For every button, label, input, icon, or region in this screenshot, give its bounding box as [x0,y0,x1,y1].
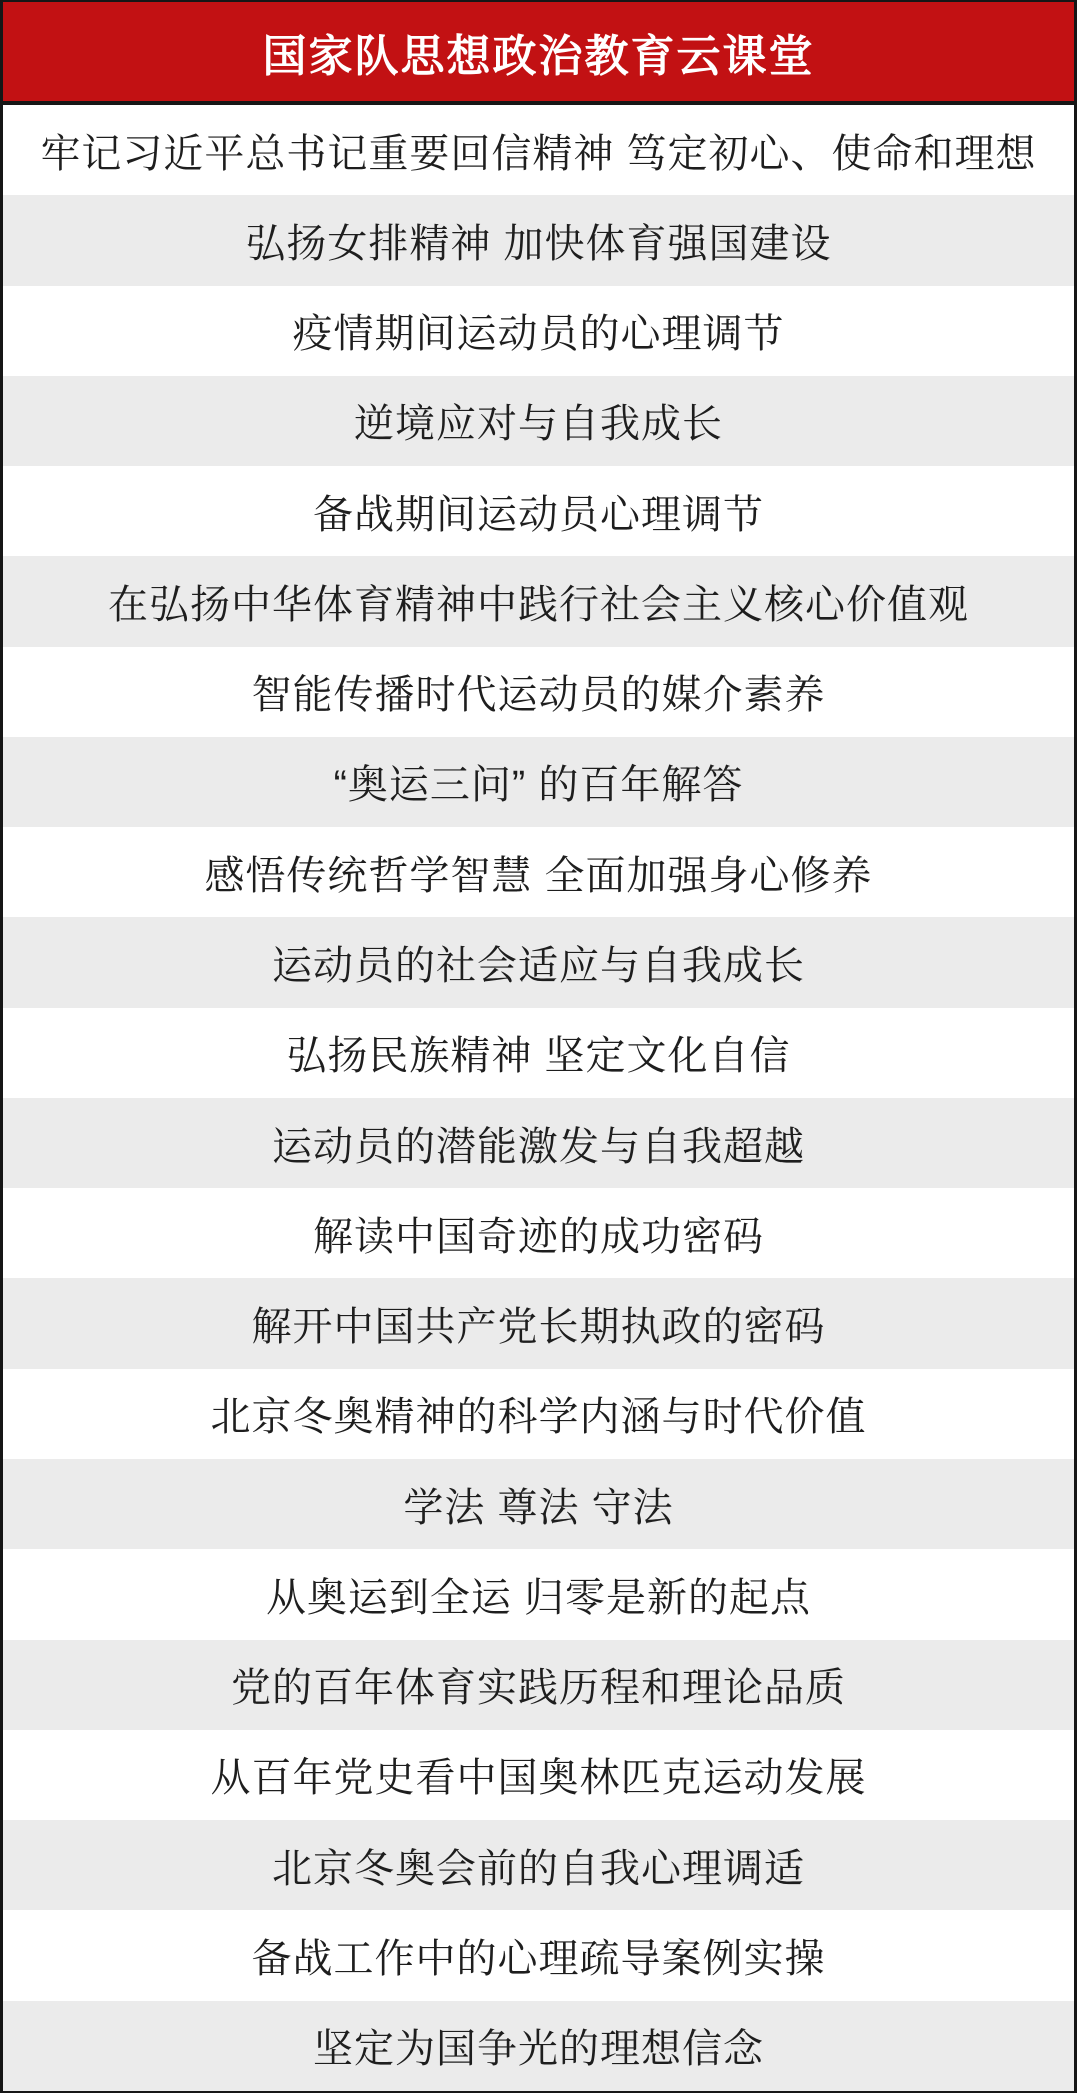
course-row: 党的百年体育实践历程和理论品质 [3,1640,1074,1730]
course-title: “奥运三问” 的百年解答 [334,753,744,810]
course-title: 感悟传统哲学智慧 全面加强身心修养 [204,844,872,901]
course-row: 从百年党史看中国奥林匹克运动发展 [3,1730,1074,1820]
course-row: 备战工作中的心理疏导案例实操 [3,1910,1074,2000]
course-row: 在弘扬中华体育精神中践行社会主义核心价值观 [3,556,1074,646]
course-row: 解读中国奇迹的成功密码 [3,1188,1074,1278]
course-row: 解开中国共产党长期执政的密码 [3,1278,1074,1368]
course-row: 智能传播时代运动员的媒介素养 [3,647,1074,737]
course-row: 学法 尊法 守法 [3,1459,1074,1549]
course-title: 解读中国奇迹的成功密码 [313,1205,764,1262]
course-title: 备战工作中的心理疏导案例实操 [252,1927,826,1984]
course-title: 智能传播时代运动员的媒介素养 [252,663,826,720]
course-list: 牢记习近平总书记重要回信精神 笃定初心、使命和理想 弘扬女排精神 加快体育强国建… [3,105,1074,2091]
course-title: 弘扬民族精神 坚定文化自信 [286,1024,790,1081]
course-row: 运动员的潜能激发与自我超越 [3,1098,1074,1188]
course-table: 国家队思想政治教育云课堂 牢记习近平总书记重要回信精神 笃定初心、使命和理想 弘… [0,0,1077,2093]
course-title: 弘扬女排精神 加快体育强国建设 [245,212,831,269]
course-row: 坚定为国争光的理想信念 [3,2001,1074,2091]
course-title: 北京冬奥会前的自我心理调适 [272,1837,805,1894]
course-title: 解开中国共产党长期执政的密码 [252,1295,826,1352]
course-row: 备战期间运动员心理调节 [3,466,1074,556]
course-title: 运动员的潜能激发与自我超越 [272,1115,805,1172]
course-row: 逆境应对与自我成长 [3,376,1074,466]
course-title: 运动员的社会适应与自我成长 [272,934,805,991]
course-title: 学法 尊法 守法 [403,1476,673,1533]
course-title: 北京冬奥精神的科学内涵与时代价值 [211,1385,867,1442]
course-row: 北京冬奥精神的科学内涵与时代价值 [3,1369,1074,1459]
course-row: 弘扬女排精神 加快体育强国建设 [3,195,1074,285]
course-row: 北京冬奥会前的自我心理调适 [3,1820,1074,1910]
course-row: 弘扬民族精神 坚定文化自信 [3,1008,1074,1098]
course-title: 在弘扬中华体育精神中践行社会主义核心价值观 [108,573,969,630]
course-title: 逆境应对与自我成长 [354,392,723,449]
course-row: “奥运三问” 的百年解答 [3,737,1074,827]
course-title: 从奥运到全运 归零是新的起点 [266,1566,811,1623]
course-title: 牢记习近平总书记重要回信精神 笃定初心、使命和理想 [40,122,1036,179]
course-title: 疫情期间运动员的心理调节 [293,302,785,359]
course-title: 备战期间运动员心理调节 [313,483,764,540]
course-row: 感悟传统哲学智慧 全面加强身心修养 [3,827,1074,917]
table-title: 国家队思想政治教育云课堂 [263,20,815,84]
course-row: 从奥运到全运 归零是新的起点 [3,1549,1074,1639]
course-title: 坚定为国争光的理想信念 [313,2017,764,2074]
table-header: 国家队思想政治教育云课堂 [3,2,1074,105]
course-row: 疫情期间运动员的心理调节 [3,286,1074,376]
course-row: 牢记习近平总书记重要回信精神 笃定初心、使命和理想 [3,105,1074,195]
course-title: 党的百年体育实践历程和理论品质 [231,1656,846,1713]
course-title: 从百年党史看中国奥林匹克运动发展 [211,1746,867,1803]
course-row: 运动员的社会适应与自我成长 [3,917,1074,1007]
